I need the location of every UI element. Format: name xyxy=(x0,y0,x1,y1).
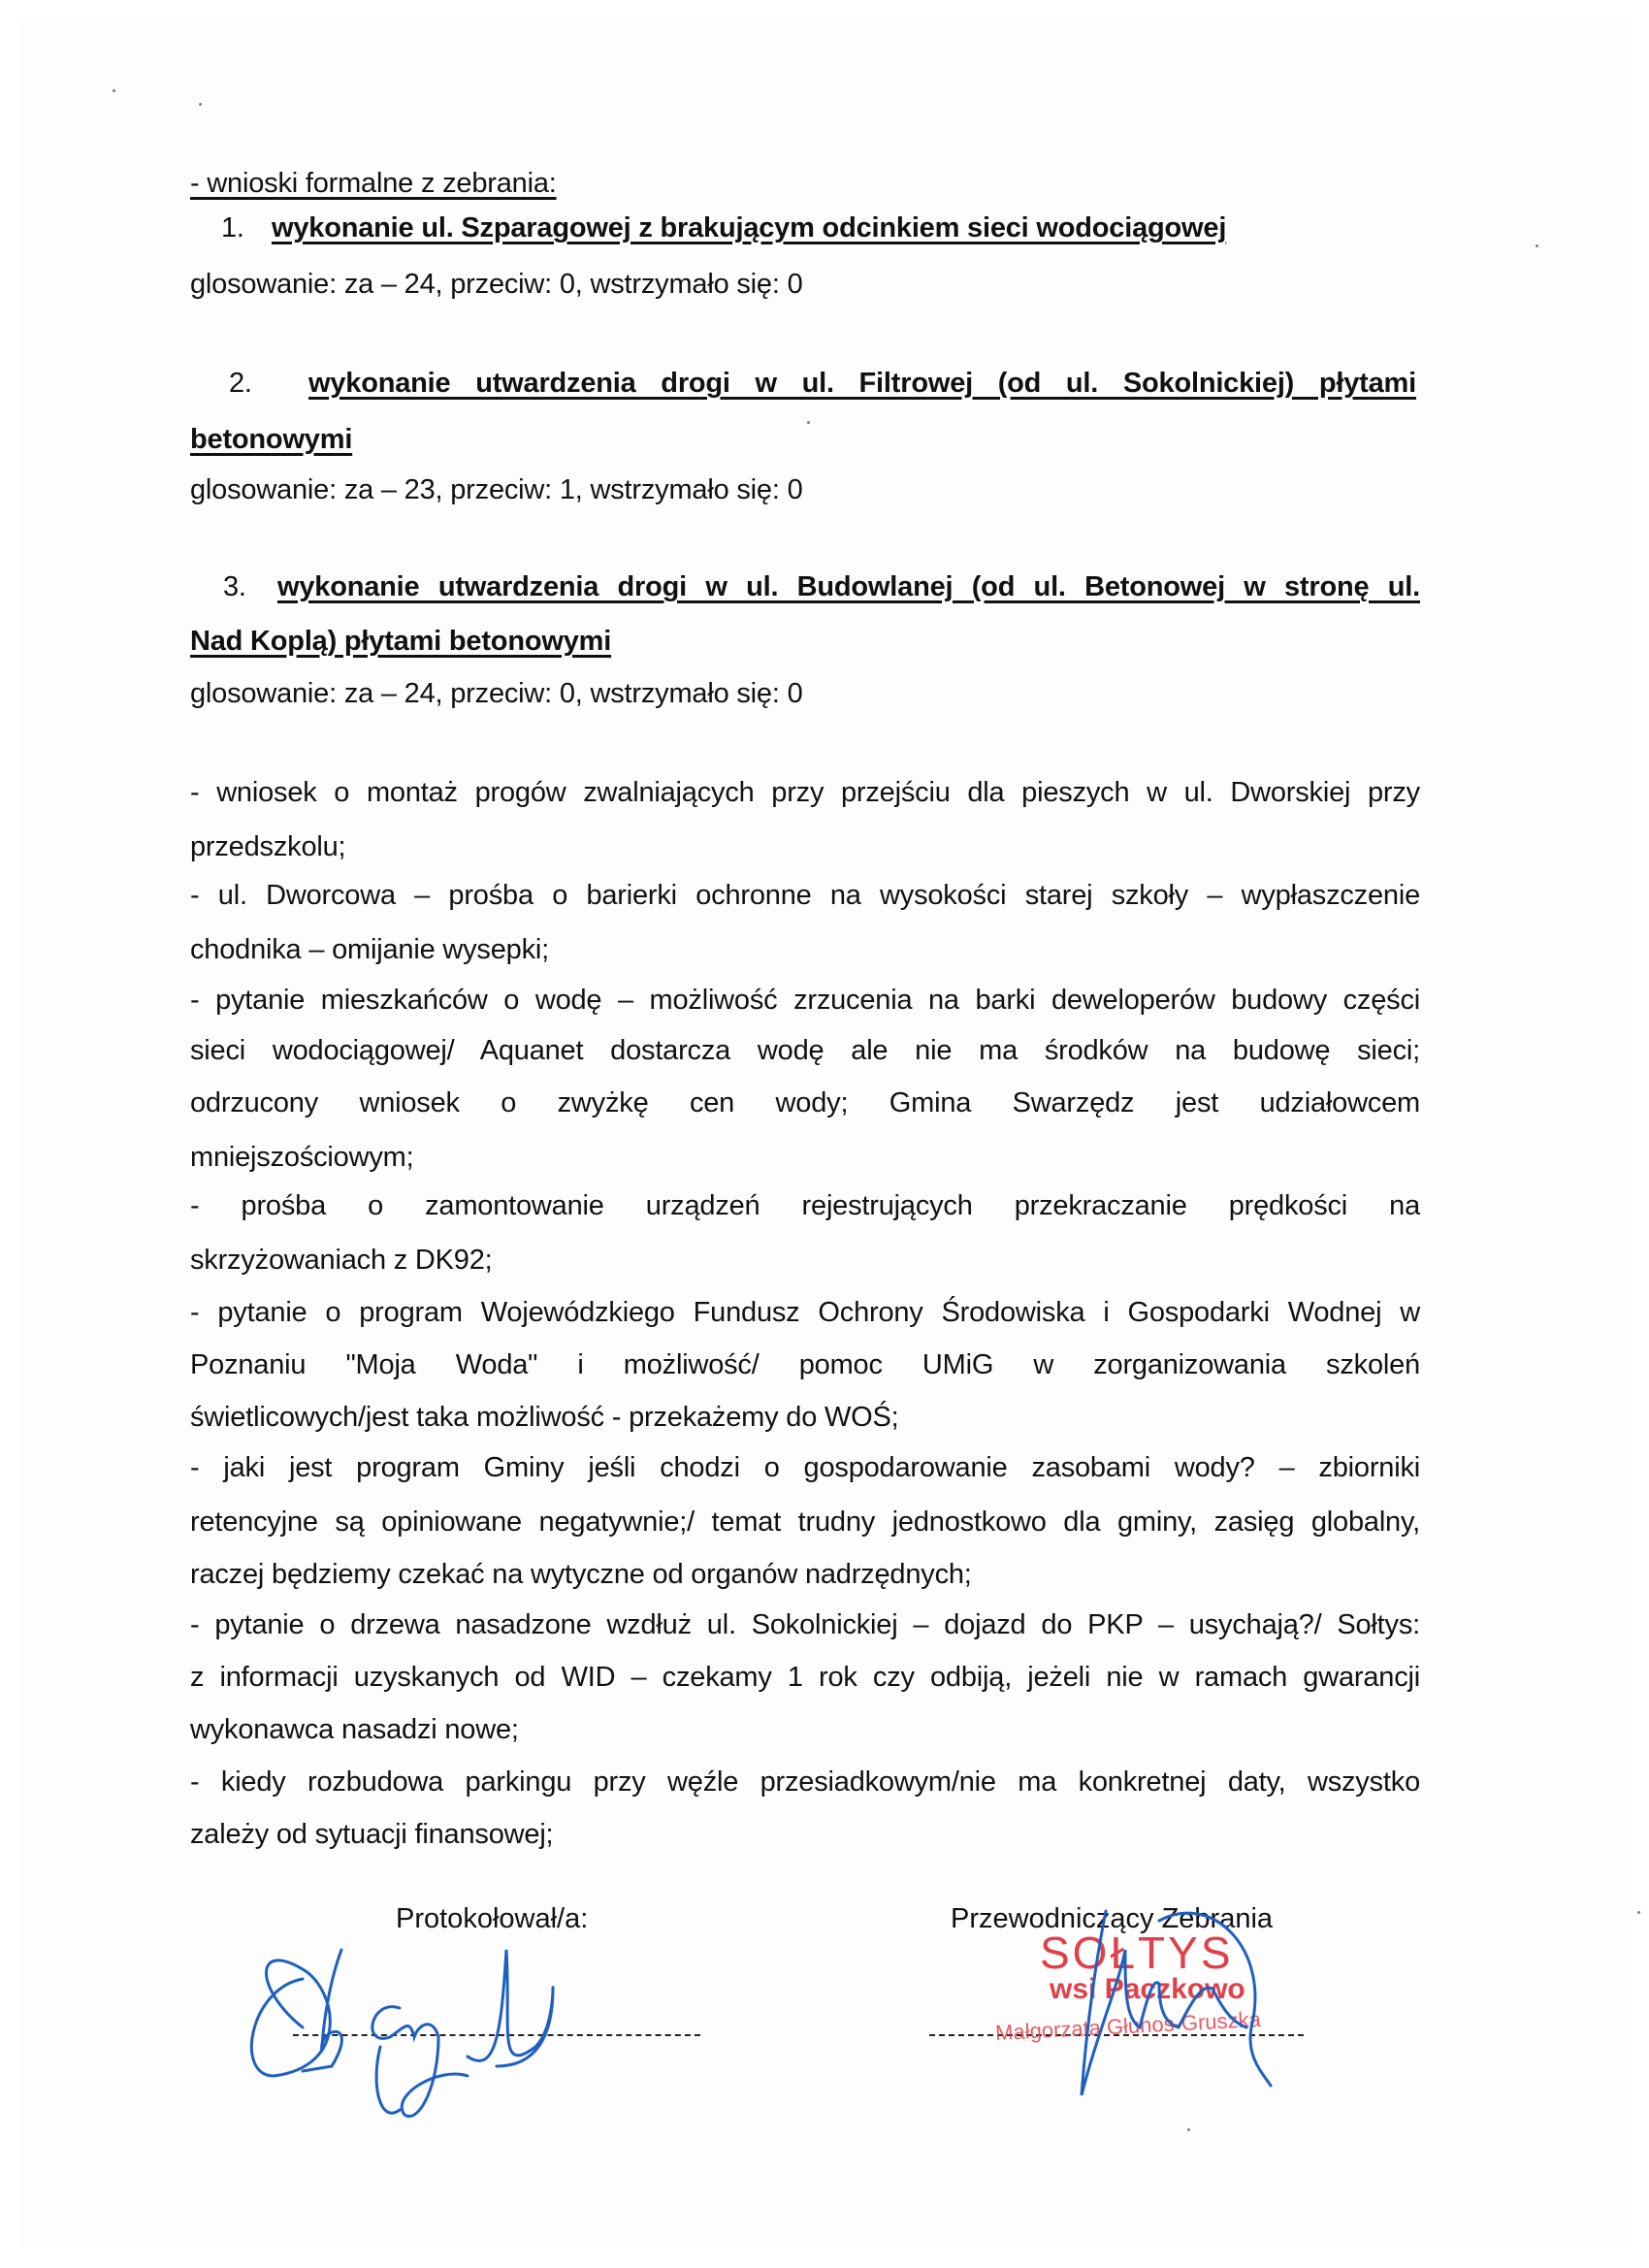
paragraph-line: zależy od sytuacji finansowej; xyxy=(190,1818,553,1851)
paragraph-line: z informacji uzyskanych od WID – czekamy… xyxy=(190,1661,1420,1694)
paragraph-line: sieci wodociągowej/ Aquanet dostarcza wo… xyxy=(190,1034,1420,1067)
motion-3-title: 3.wykonanie utwardzenia drogi w ul. Budo… xyxy=(223,570,1420,603)
chairperson-signature xyxy=(1067,1892,1280,2086)
motion-title: wykonanie ul. Szparagowej z brakującym o… xyxy=(272,212,1226,243)
motion-3-vote: glosowanie: za – 24, przeciw: 0, wstrzym… xyxy=(190,677,803,710)
paragraph-line: - prośba o zamontowanie urządzeń rejestr… xyxy=(190,1189,1420,1222)
motion-number: 3. xyxy=(223,570,277,603)
paragraph-line: raczej będziemy czekać na wytyczne od or… xyxy=(190,1558,972,1591)
scan-speck xyxy=(113,89,115,92)
scan-speck xyxy=(807,421,810,424)
paragraph-line: - pytanie mieszkańców o wodę – możliwość… xyxy=(190,984,1420,1017)
motion-2-title: 2.wykonanie utwardzenia drogi w ul. Filt… xyxy=(229,367,1416,400)
paragraph-line: - wniosek o montaż progów zwalniających … xyxy=(190,776,1420,809)
paragraph-line: - pytanie o program Wojewódzkiego Fundus… xyxy=(190,1296,1420,1329)
scan-speck xyxy=(1187,2128,1190,2131)
motion-2-vote: glosowanie: za – 23, przeciw: 1, wstrzym… xyxy=(190,473,803,506)
motion-number: 2. xyxy=(229,367,308,400)
scan-speck xyxy=(199,103,202,106)
paragraph-line: retencyjne są opiniowane negatywnie;/ te… xyxy=(190,1506,1420,1539)
paragraph-line: skrzyżowaniach z DK92; xyxy=(190,1244,493,1277)
recorder-signature xyxy=(244,1930,574,2105)
paragraph-line: wykonawca nasadzi nowe; xyxy=(190,1713,519,1746)
paragraph-line: świetlicowych/jest taka możliwość - prze… xyxy=(190,1401,899,1434)
motion-title: wykonanie utwardzenia drogi w ul. Budowl… xyxy=(277,571,1420,602)
paragraph-line: - pytanie o drzewa nasadzone wzdłuż ul. … xyxy=(190,1608,1420,1641)
paragraph-line: - ul. Dworcowa – prośba o barierki ochro… xyxy=(190,879,1420,912)
paragraph-line: mniejszościowym; xyxy=(190,1141,413,1174)
motion-1-title: 1.wykonanie ul. Szparagowej z brakującym… xyxy=(221,211,1226,244)
paragraph-line: - jaki jest program Gminy jeśli chodzi o… xyxy=(190,1451,1420,1484)
paragraph-line: przedszkolu; xyxy=(190,830,345,863)
motion-number: 1. xyxy=(221,211,272,244)
motion-2-title-cont: betonowymi xyxy=(190,423,352,456)
section-title: - wnioski formalne z zebrania: xyxy=(190,167,557,200)
paragraph-line: odrzucony wniosek o zwyżkę cen wody; Gmi… xyxy=(190,1086,1420,1119)
paragraph-line: Poznaniu "Moja Woda" i możliwość/ pomoc … xyxy=(190,1348,1420,1381)
motion-title: wykonanie utwardzenia drogi w ul. Filtro… xyxy=(308,368,1416,399)
motion-1-vote: glosowanie: za – 24, przeciw: 0, wstrzym… xyxy=(190,268,803,301)
paragraph-line: chodnika – omijanie wysepki; xyxy=(190,933,549,966)
paragraph-line: - kiedy rozbudowa parkingu przy węźle pr… xyxy=(190,1766,1420,1798)
motion-3-title-cont: Nad Koplą) płytami betonowymi xyxy=(190,625,611,658)
scan-speck xyxy=(1637,1911,1640,1914)
scan-speck xyxy=(1536,244,1538,247)
scanned-page xyxy=(21,21,1628,2249)
